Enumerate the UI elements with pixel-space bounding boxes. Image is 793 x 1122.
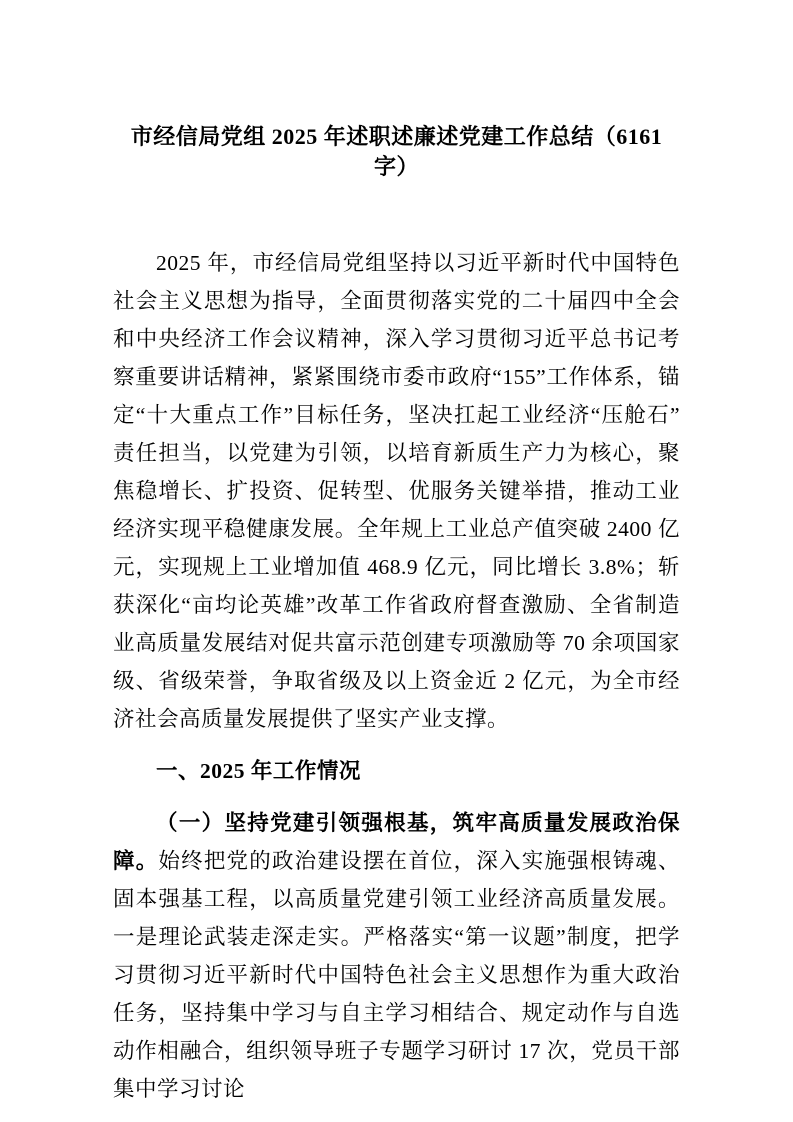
document-page: 市经信局党组 2025 年述职述廉述党建工作总结（6161 字） 2025 年，… <box>0 0 793 1122</box>
section-heading-2025-work: 一、2025 年工作情况 <box>113 752 680 790</box>
document-title: 市经信局党组 2025 年述职述廉述党建工作总结（6161 字） <box>113 122 680 182</box>
intro-paragraph: 2025 年，市经信局党组坚持以习近平新时代中国特色社会主义思想为指导，全面贯彻… <box>113 244 680 738</box>
subsection-paragraph-party-building: （一）坚持党建引领强根基，筑牢高质量发展政治保障。始终把党的政治建设摆在首位，深… <box>113 804 680 1108</box>
subsection-body-text: 始终把党的政治建设摆在首位，深入实施强根铸魂、固本强基工程，以高质量党建引领工业… <box>113 849 680 1101</box>
